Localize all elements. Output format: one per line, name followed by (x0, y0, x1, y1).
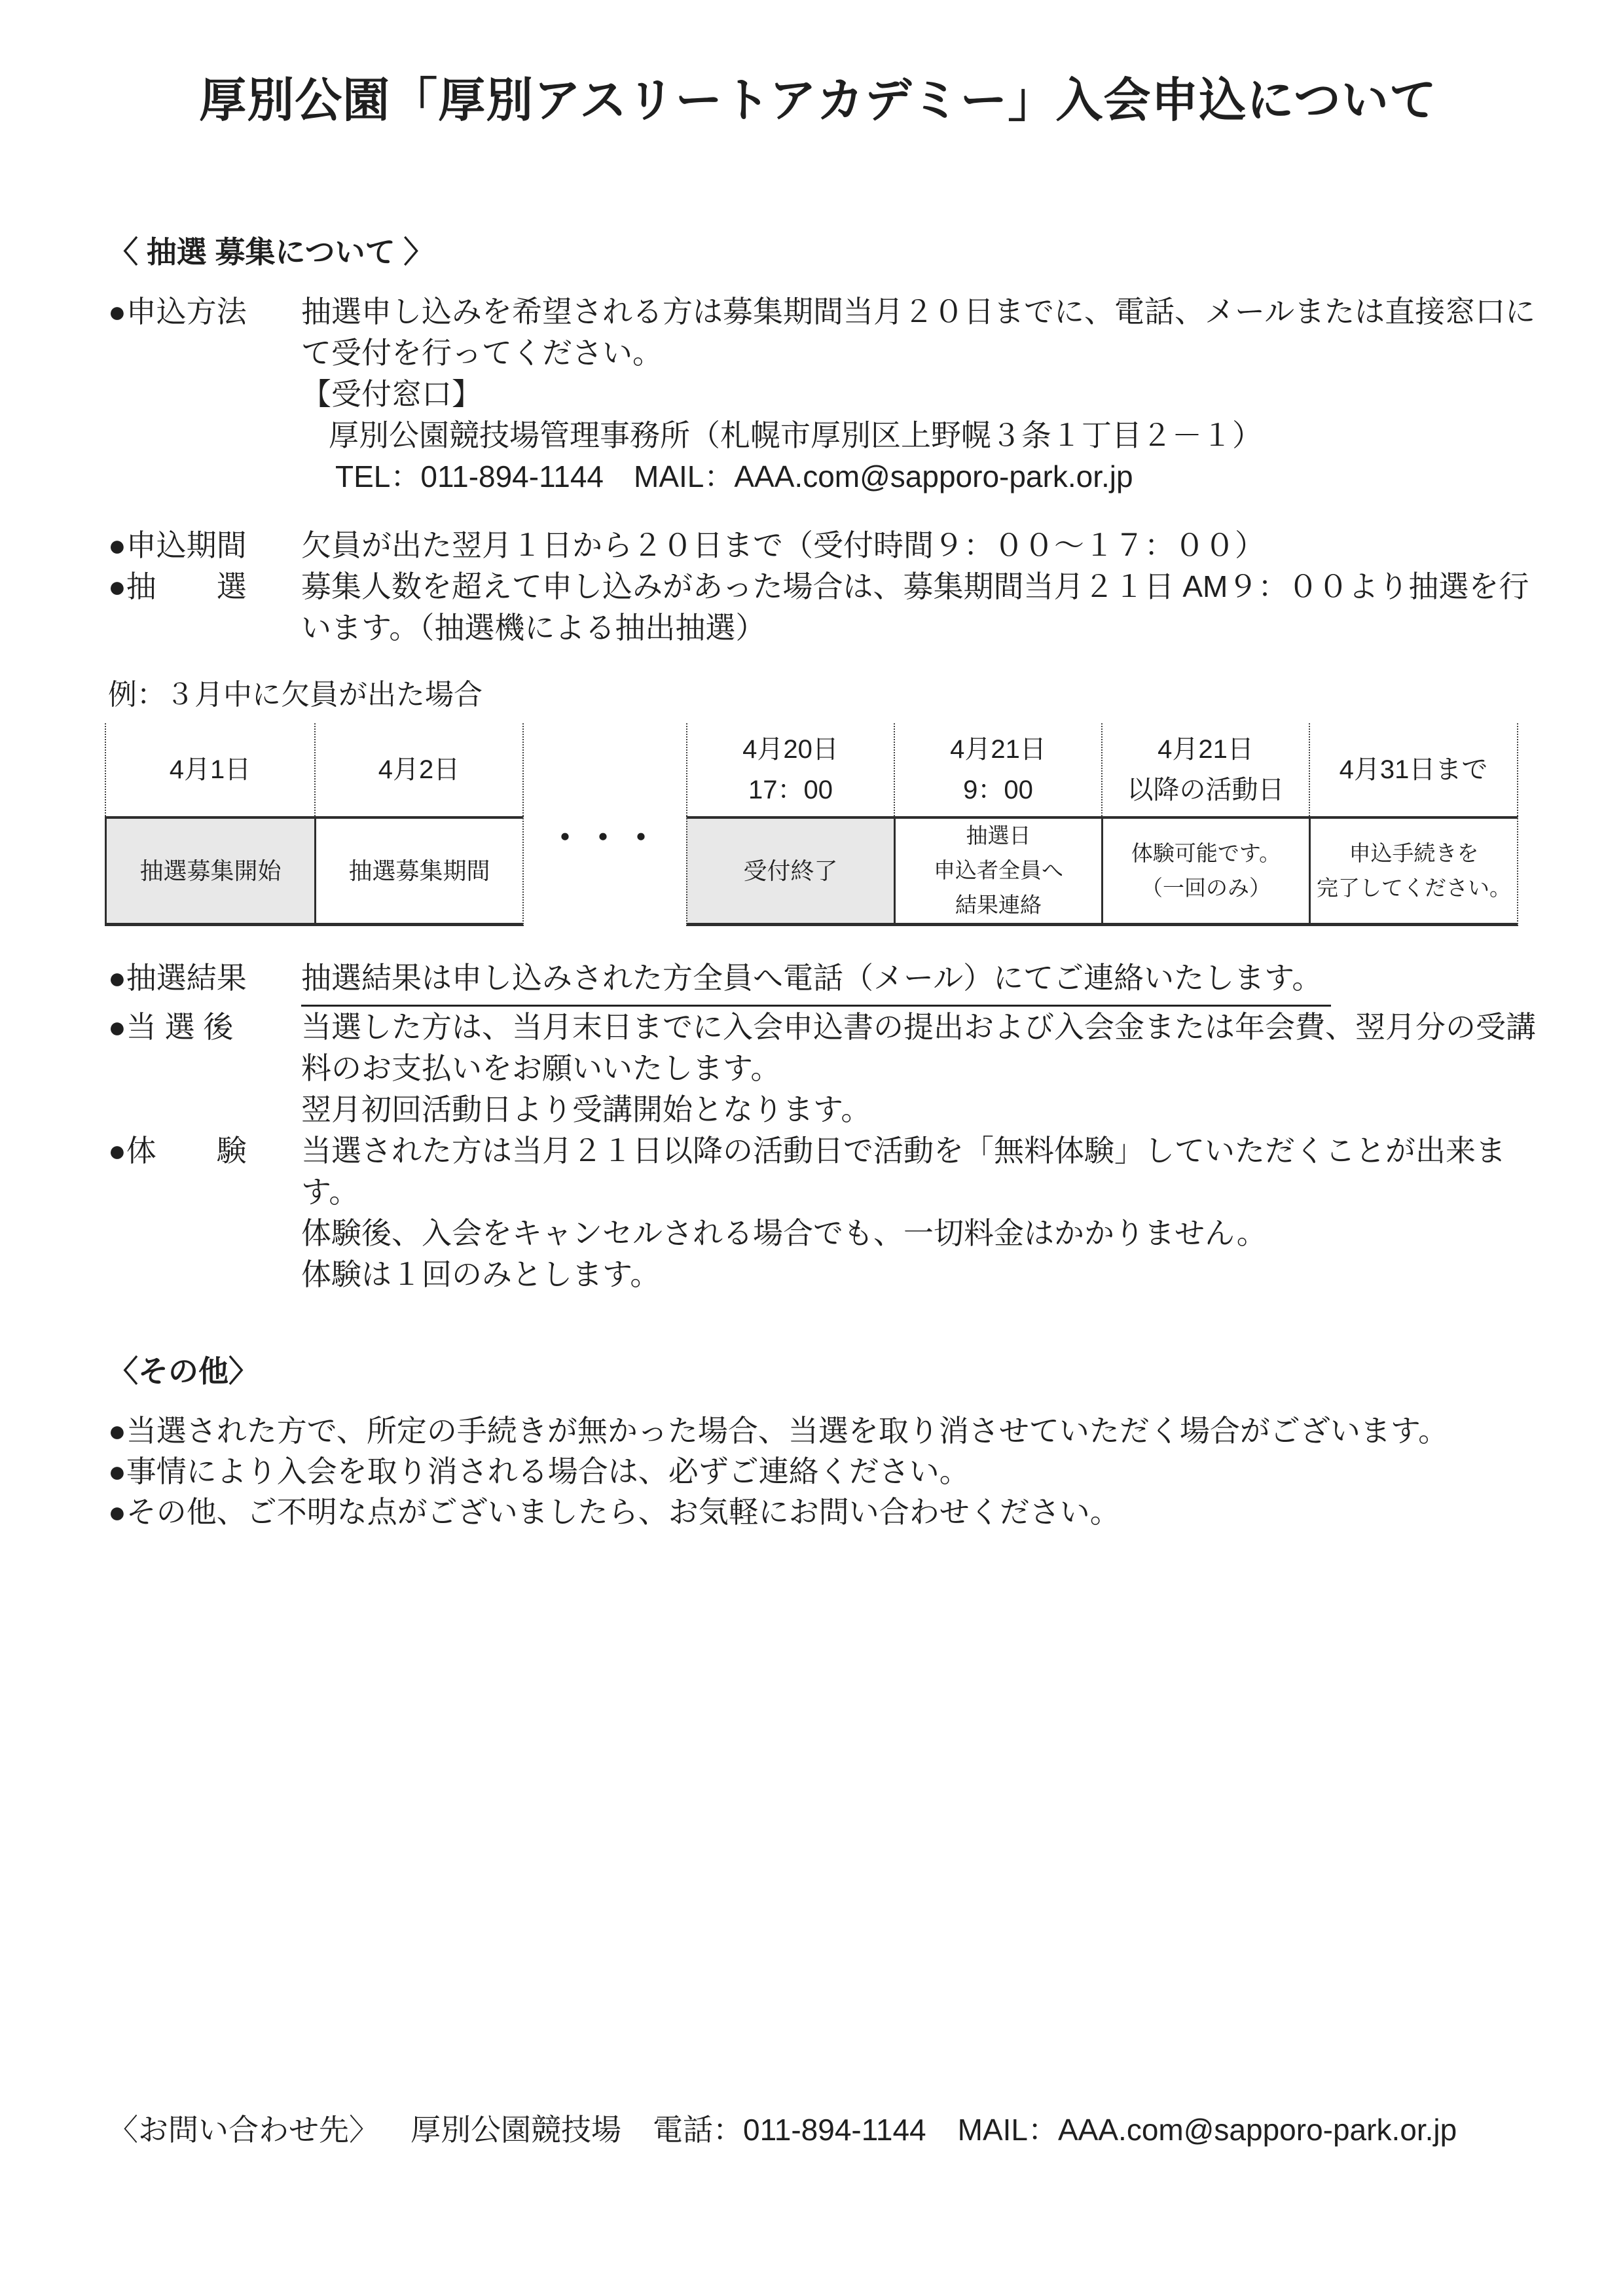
example-caption: 例：３月中に欠員が出た場合 (108, 671, 1623, 713)
table-body-cell: 申込手続きを 完了してください。 (1309, 816, 1518, 926)
table-column: 4月31日まで 申込手続きを 完了してください。 (1309, 723, 1518, 926)
row-application-period: ●申込期間 欠員が出た翌月１日から２０日まで（受付時間９：００～１７：００） (108, 525, 1623, 566)
row-content-application-method: 抽選申し込みを希望される方は募集期間当月２０日までに、電話、メールまたは直接窓口… (301, 291, 1555, 497)
example-schedule-table: 4月1日 抽選募集開始 4月2日 抽選募集期間 ・・・ 4月20日 17：00 … (105, 723, 1623, 926)
row-label-trial: ●体 験 (108, 1130, 301, 1172)
table-column: 4月1日 抽選募集開始 (105, 723, 314, 926)
table-left-block: 4月1日 抽選募集開始 4月2日 抽選募集期間 (105, 723, 524, 926)
table-column: 4月21日 以降の活動日 体験可能です。 （一回のみ） (1101, 723, 1309, 926)
row-lottery-result: ●抽選結果 抽選結果は申し込みされた方全員へ電話（メール）にてご連絡いたします。 (108, 958, 1623, 1007)
document-page: 厚別公園「厚別アスリートアカデミー」入会申込について 〈 抽選 募集について 〉… (0, 0, 1623, 2296)
table-header-cell: 4月1日 (105, 723, 314, 816)
table-ellipsis: ・・・ (524, 723, 686, 926)
row-label-lottery: ●抽 選 (108, 566, 301, 607)
trial-content: 当選された方は当月２１日以降の活動日で活動を「無料体験」していただくことが出来ま… (301, 1130, 1555, 1295)
table-header-cell: 4月21日 9：00 (894, 723, 1101, 816)
lottery-result-content: 抽選結果は申し込みされた方全員へ電話（メール）にてご連絡いたします。 (301, 958, 1555, 1007)
table-header-cell: 4月21日 以降の活動日 (1101, 723, 1309, 816)
others-item-2: ●事情により入会を取り消される場合は、必ずご連絡ください。 (108, 1451, 1623, 1492)
row-lottery: ●抽 選 募集人数を超えて申し込みがあった場合は、募集期間当月２１日 AM９：０… (108, 566, 1623, 649)
row-application-method: ●申込方法 抽選申し込みを希望される方は募集期間当月２０日までに、電話、メールま… (108, 291, 1623, 497)
lottery-result-text: 抽選結果は申し込みされた方全員へ電話（メール）にてご連絡いたします。 (301, 958, 1331, 1007)
table-right-block: 4月20日 17：00 受付終了 4月21日 9：00 抽選日 申込者全員へ 結… (686, 723, 1518, 926)
after-winning-text-2: 翌月初回活動日より受講開始となります。 (301, 1089, 1555, 1130)
trial-text-2: 体験後、入会をキャンセルされる場合でも、一切料金はかかりません。 (301, 1213, 1555, 1254)
table-column: 4月21日 9：00 抽選日 申込者全員へ 結果連絡 (894, 723, 1101, 926)
row-label-application-method: ●申込方法 (108, 291, 301, 332)
table-body-cell: 抽選日 申込者全員へ 結果連絡 (894, 816, 1101, 926)
table-header-cell: 4月31日まで (1309, 723, 1518, 816)
application-method-text: 抽選申し込みを希望される方は募集期間当月２０日までに、電話、メールまたは直接窓口… (301, 291, 1555, 374)
contact-footer: 〈お問い合わせ先〉厚別公園競技場電話：011-894-1144MAIL：AAA.… (108, 2106, 1457, 2149)
others-item-1: ●当選された方で、所定の手続きが無かった場合、当選を取り消させていただく場合がご… (108, 1410, 1623, 1451)
row-after-winning: ●当 選 後 当選した方は、当月末日までに入会申込書の提出および入会金または年会… (108, 1007, 1623, 1130)
footer-mail: MAIL：AAA.com@sapporo-park.or.jp (958, 2113, 1457, 2147)
table-body-cell: 受付終了 (686, 816, 894, 926)
lottery-text: 募集人数を超えて申し込みがあった場合は、募集期間当月２１日 AM９：００より抽選… (301, 566, 1555, 649)
after-winning-text-1: 当選した方は、当月末日までに入会申込書の提出および入会金または年会費、翌月分の受… (301, 1007, 1555, 1089)
reception-office: 厚別公園競技場管理事務所（札幌市厚別区上野幌３条１丁目２－１） (301, 415, 1555, 456)
table-body-cell: 抽選募集期間 (314, 816, 524, 926)
row-label-application-period: ●申込期間 (108, 525, 301, 566)
row-label-lottery-result: ●抽選結果 (108, 958, 301, 999)
table-column: 4月20日 17：00 受付終了 (686, 723, 894, 926)
section-heading-others: 〈その他〉 (108, 1348, 1623, 1391)
footer-facility: 厚別公園競技場 (410, 2113, 621, 2147)
application-period-text: 欠員が出た翌月１日から２０日まで（受付時間９：００～１７：００） (301, 525, 1555, 566)
row-label-after-winning: ●当 選 後 (108, 1007, 301, 1048)
table-column: 4月2日 抽選募集期間 (314, 723, 524, 926)
footer-tel: 電話：011-894-1144 (653, 2113, 926, 2147)
table-body-cell: 抽選募集開始 (105, 816, 314, 926)
after-winning-content: 当選した方は、当月末日までに入会申込書の提出および入会金または年会費、翌月分の受… (301, 1007, 1555, 1130)
reception-window-heading: 【受付窓口】 (301, 374, 1555, 415)
footer-label: 〈お問い合わせ先〉 (108, 2113, 379, 2147)
section-heading-lottery: 〈 抽選 募集について 〉 (108, 228, 1623, 272)
table-header-cell: 4月2日 (314, 723, 524, 816)
others-item-3: ●その他、ご不明な点がございましたら、お気軽にお問い合わせください。 (108, 1492, 1623, 1532)
trial-text-3: 体験は１回のみとします。 (301, 1254, 1555, 1295)
table-header-cell: 4月20日 17：00 (686, 723, 894, 816)
table-body-cell: 体験可能です。 （一回のみ） (1101, 816, 1309, 926)
page-content: 〈 抽選 募集について 〉 ●申込方法 抽選申し込みを希望される方は募集期間当月… (0, 228, 1623, 1532)
row-trial: ●体 験 当選された方は当月２１日以降の活動日で活動を「無料体験」していただくこ… (108, 1130, 1623, 1295)
reception-contact: TEL：011-894-1144 MAIL：AAA.com@sapporo-pa… (301, 456, 1555, 497)
page-title: 厚別公園「厚別アスリートアカデミー」入会申込について (59, 62, 1577, 130)
trial-text-1: 当選された方は当月２１日以降の活動日で活動を「無料体験」していただくことが出来ま… (301, 1130, 1555, 1213)
